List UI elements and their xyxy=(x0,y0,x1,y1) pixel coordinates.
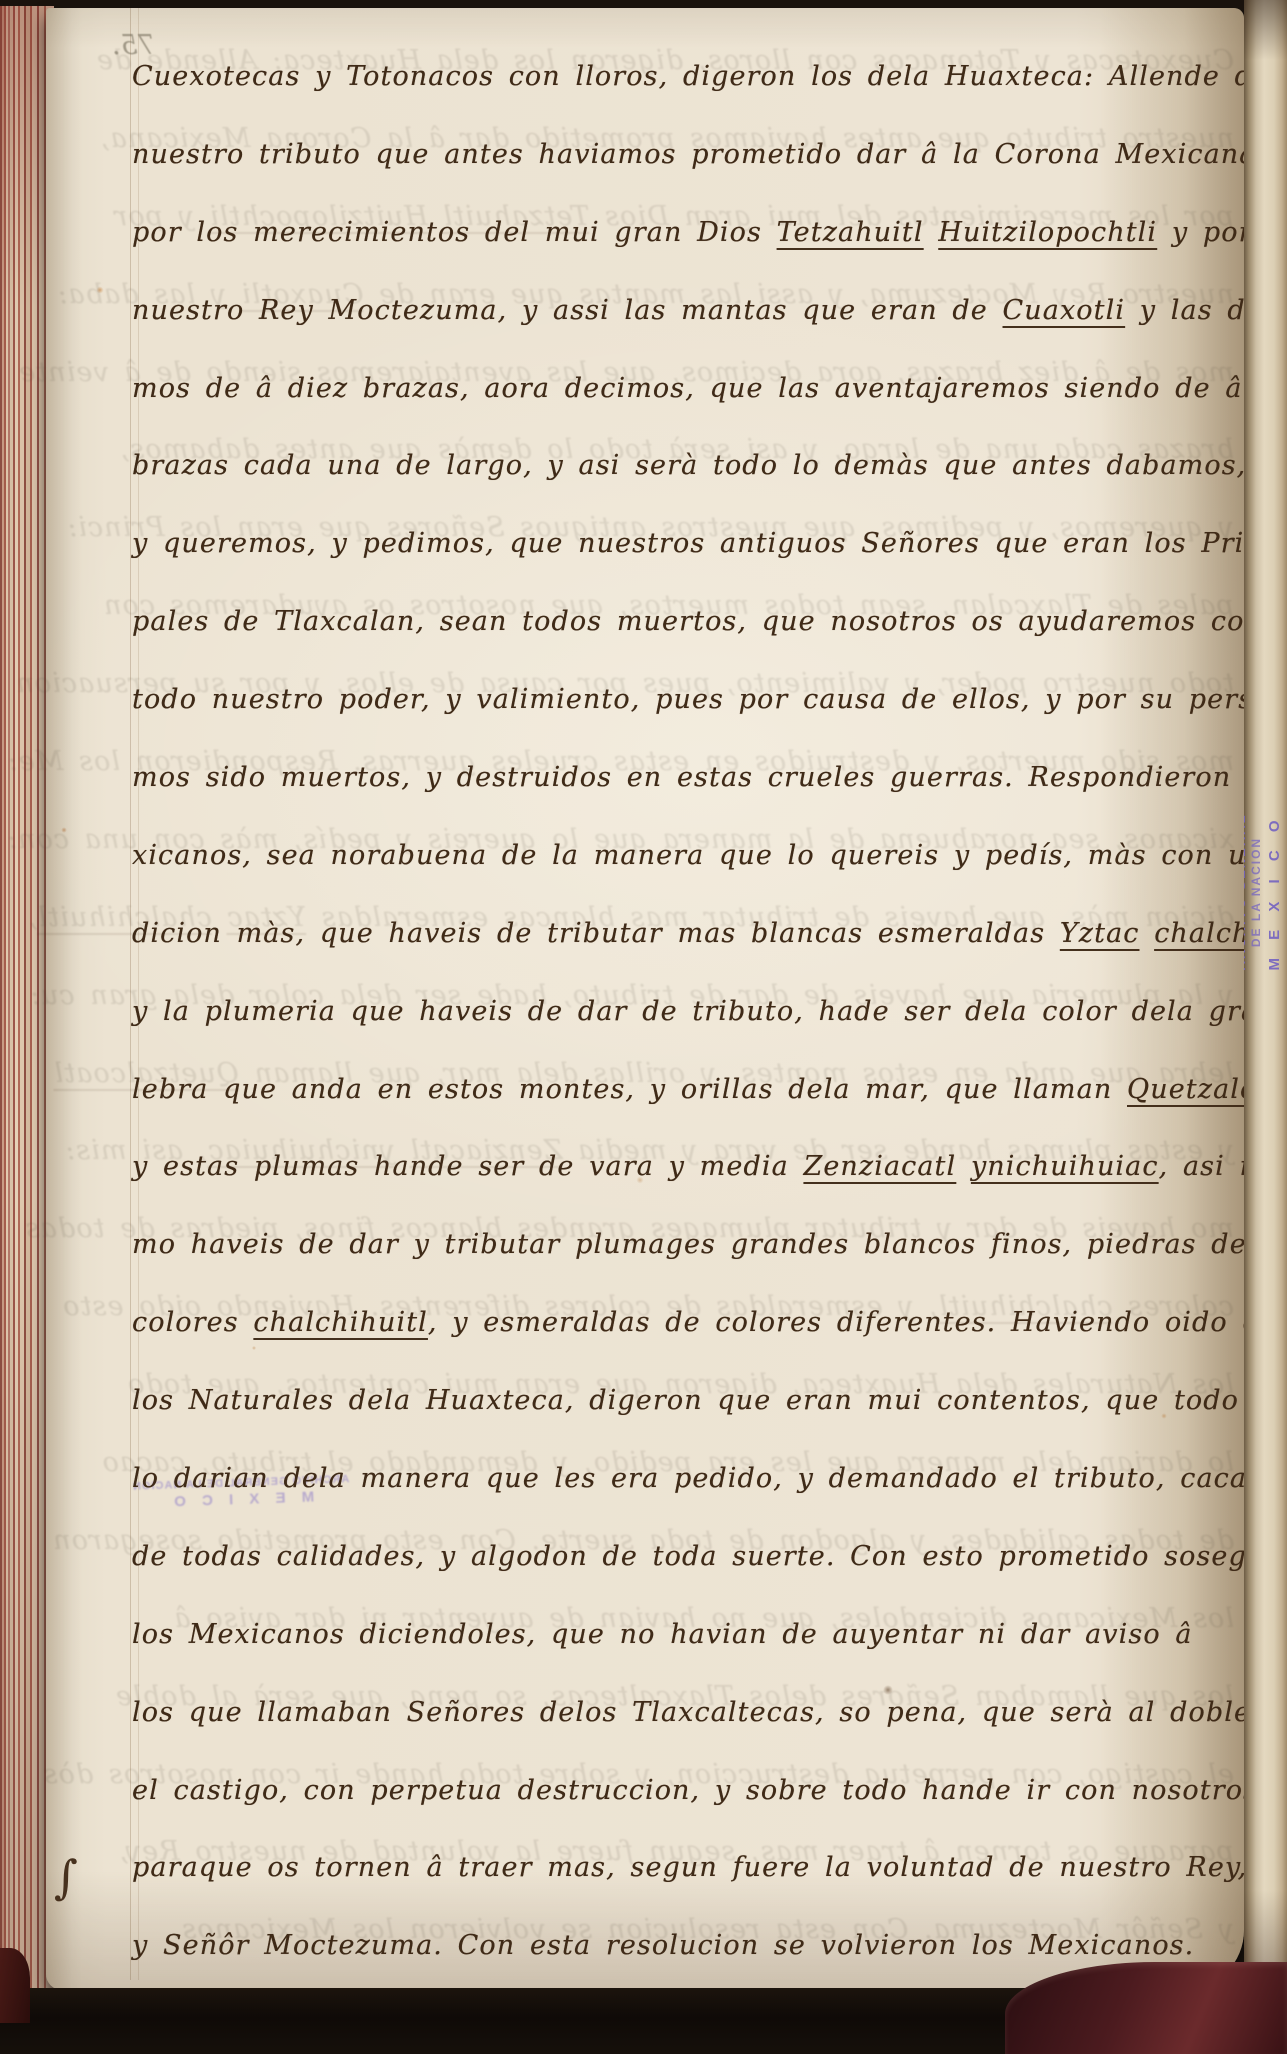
manuscript-line: todo nuestro poder, y valimiento, pues p… xyxy=(132,661,1240,739)
adjacent-page-edge: ARCHIVO GENERAL DE LA NACION M E X I C O xyxy=(1244,0,1287,2054)
manuscript-line: mos sido muertos, y destruidos en estas … xyxy=(132,739,1240,817)
manuscript-line: pales de Tlaxcalan, sean todos muertos, … xyxy=(132,583,1240,661)
archive-stamp-line2: DE LA NACION xyxy=(1249,727,1264,1057)
manuscript-line: y queremos, y pedimos, que nuestros anti… xyxy=(132,505,1240,583)
manuscript-line: lebra que anda en estos montes, y orilla… xyxy=(132,1051,1240,1129)
manuscript-line: por los merecimientos del mui gran Dios … xyxy=(132,194,1240,272)
archive-stamp: ARCHIVO GENERAL DE LA NACION M E X I C O xyxy=(1244,727,1287,1057)
manuscript-line: nuestro tributo que antes haviamos prome… xyxy=(132,116,1240,194)
manuscript-page: Cuexotecas y Totonacos con lloros, diger… xyxy=(46,8,1244,1990)
manuscript-line: Cuexotecas y Totonacos con lloros, diger… xyxy=(132,38,1240,116)
manuscript-line: y estas plumas hande ser de vara y media… xyxy=(132,1128,1240,1206)
manuscript-line: lo darian dela manera que les era pedido… xyxy=(132,1440,1240,1518)
manuscript-line: colores chalchihuitl, y esmeraldas de co… xyxy=(132,1284,1240,1362)
manuscript-text: Cuexotecas y Totonacos con lloros, diger… xyxy=(132,38,1240,1985)
manuscript-line: los Mexicanos diciendoles, que no havian… xyxy=(132,1596,1240,1674)
manuscript-line: mos de â diez brazas, aora decimos, que … xyxy=(132,350,1240,428)
manuscript-line: el castigo, con perpetua destruccion, y … xyxy=(132,1752,1240,1830)
manuscript-line: xicanos, sea norabuena de la manera que … xyxy=(132,817,1240,895)
manuscript-line: de todas calidades, y algodon de toda su… xyxy=(132,1518,1240,1596)
manuscript-line: brazas cada una de largo, y asi serà tod… xyxy=(132,427,1240,505)
archive-stamp-line1: ARCHIVO GENERAL xyxy=(1244,727,1249,1057)
book-cover-leather-left xyxy=(0,1948,30,2023)
manuscript-line: paraque os tornen â traer mas, segun fue… xyxy=(132,1829,1240,1907)
photographed-manuscript-book: Cuexotecas y Totonacos con lloros, diger… xyxy=(0,0,1287,2054)
manuscript-line: dicion màs, que haveis de tributar mas b… xyxy=(132,895,1240,973)
manuscript-line: los que llamaban Señores delos Tlaxcalte… xyxy=(132,1674,1240,1752)
manuscript-line: y la plumeria que haveis de dar de tribu… xyxy=(132,973,1240,1051)
manuscript-line: mo haveis de dar y tributar plumages gra… xyxy=(132,1206,1240,1284)
archive-stamp-line3: M E X I C O xyxy=(1264,727,1286,1057)
manuscript-line: nuestro Rey Moctezuma, y assi las mantas… xyxy=(132,272,1240,350)
manuscript-line: los Naturales dela Huaxteca, digeron que… xyxy=(132,1362,1240,1440)
margin-annotation-mark: ∫ xyxy=(54,1850,78,1904)
